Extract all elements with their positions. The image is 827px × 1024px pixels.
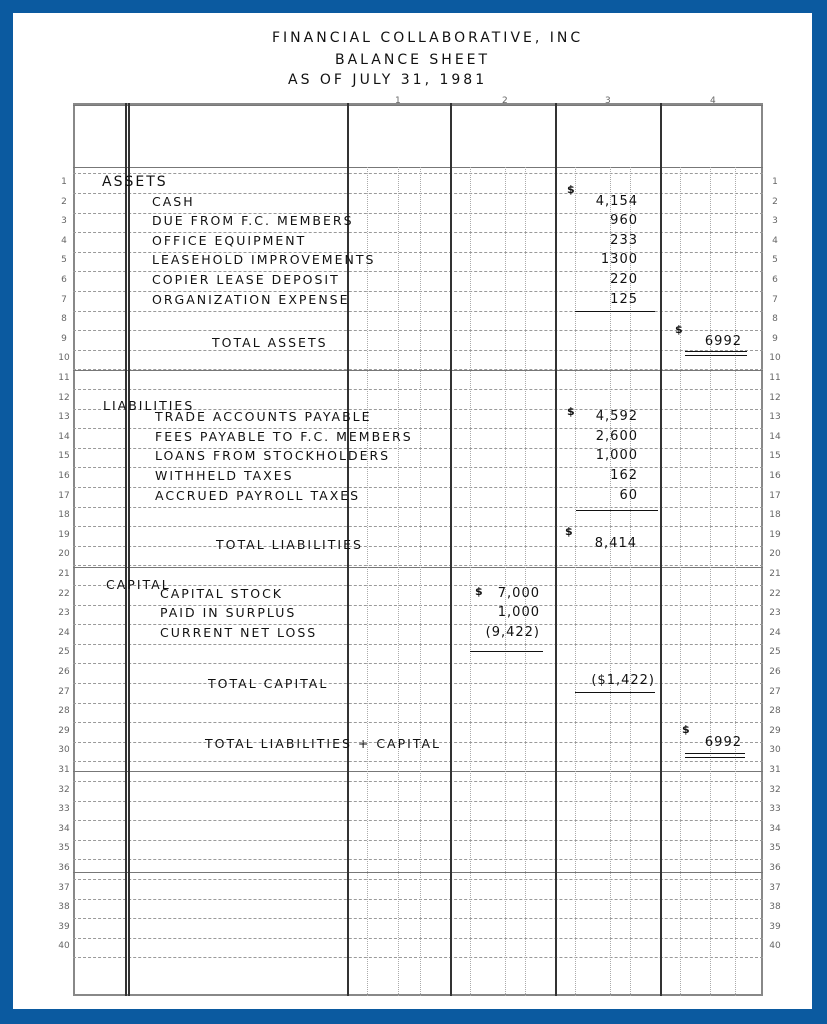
line-number: 15 <box>767 451 783 461</box>
line-item-label: Copier Lease Deposit <box>152 272 340 287</box>
line-number: 15 <box>56 451 72 461</box>
line-number: 34 <box>767 824 783 834</box>
line-number: 29 <box>767 726 783 736</box>
column-rule <box>128 103 130 996</box>
line-number: 18 <box>56 510 72 520</box>
line-number: 27 <box>767 687 783 697</box>
line-number: 24 <box>56 628 72 638</box>
line-item-label: Paid In Surplus <box>160 605 296 620</box>
line-number: 23 <box>56 608 72 618</box>
line-number: 26 <box>56 667 72 677</box>
line-number: 33 <box>56 804 72 814</box>
line-number: 13 <box>767 412 783 422</box>
line-item-label: Organization Expense <box>152 292 350 307</box>
column-rule <box>470 167 471 996</box>
line-number: 20 <box>767 549 783 559</box>
line-number: 8 <box>56 314 72 324</box>
statement-date: As of July 31, 1981 <box>288 72 487 88</box>
line-item-amount: (9,422) <box>470 625 540 640</box>
line-number: 10 <box>767 353 783 363</box>
line-item-label: Fees Payable to F.C. Members <box>155 429 413 444</box>
total-assets-label: Total Assets <box>212 335 328 350</box>
line-number: 4 <box>56 236 72 246</box>
line-item-amount: 220 <box>568 272 638 287</box>
line-item-amount: 4,154 <box>568 194 638 209</box>
line-number: 7 <box>56 295 72 305</box>
line-number: 30 <box>767 745 783 755</box>
line-item-amount: 1,000 <box>568 448 638 463</box>
column-rule <box>525 167 526 996</box>
column-rule <box>125 103 127 996</box>
line-number: 39 <box>56 922 72 932</box>
assets-heading: Assets <box>102 174 168 190</box>
line-number: 28 <box>56 706 72 716</box>
line-number: 7 <box>767 295 783 305</box>
dollar-sign: $ <box>567 183 577 196</box>
column-rule <box>450 103 452 996</box>
line-number: 24 <box>767 628 783 638</box>
total-assets-value: 6992 <box>672 334 742 349</box>
line-number: 16 <box>767 471 783 481</box>
company-name: Financial Collaborative, Inc <box>272 30 583 46</box>
line-number: 2 <box>56 197 72 207</box>
line-number: 37 <box>56 883 72 893</box>
line-number: 29 <box>56 726 72 736</box>
column-rule <box>367 167 368 996</box>
column-rule <box>398 167 399 996</box>
line-number: 6 <box>767 275 783 285</box>
line-number: 40 <box>56 941 72 951</box>
line-number: 19 <box>767 530 783 540</box>
line-number: 3 <box>56 216 72 226</box>
dollar-sign: $ <box>475 585 485 598</box>
line-number: 38 <box>56 902 72 912</box>
line-number: 35 <box>56 843 72 853</box>
underline <box>575 692 655 693</box>
total-liabilities-capital-label: Total Liabilities + Capital <box>205 736 441 751</box>
line-number: 19 <box>56 530 72 540</box>
line-item-label: Leasehold Improvements <box>152 252 375 267</box>
line-number: 12 <box>767 393 783 403</box>
line-number: 14 <box>767 432 783 442</box>
double-underline <box>685 355 747 356</box>
column-rule <box>680 167 681 996</box>
line-number: 39 <box>767 922 783 932</box>
line-number: 37 <box>767 883 783 893</box>
line-number: 31 <box>767 765 783 775</box>
line-number: 36 <box>56 863 72 873</box>
column-rule <box>660 103 662 996</box>
line-number: 25 <box>56 647 72 657</box>
line-number: 33 <box>767 804 783 814</box>
line-number: 21 <box>767 569 783 579</box>
line-item-amount: 960 <box>568 213 638 228</box>
line-number: 14 <box>56 432 72 442</box>
line-number: 10 <box>56 353 72 363</box>
line-number: 27 <box>56 687 72 697</box>
statement-title: Balance Sheet <box>335 52 490 68</box>
double-underline <box>685 757 745 758</box>
line-number: 1 <box>56 177 72 187</box>
line-number: 12 <box>56 393 72 403</box>
line-number: 21 <box>56 569 72 579</box>
total-capital-value: ($1,422) <box>575 673 655 688</box>
line-number: 9 <box>56 334 72 344</box>
line-number: 3 <box>767 216 783 226</box>
line-number: 11 <box>56 373 72 383</box>
underline <box>575 311 655 312</box>
line-item-label: Withheld Taxes <box>155 468 294 483</box>
line-number: 13 <box>56 412 72 422</box>
line-number: 1 <box>767 177 783 187</box>
underline <box>576 510 658 511</box>
line-item-amount: 60 <box>568 488 638 503</box>
underline <box>470 651 543 652</box>
line-number: 4 <box>767 236 783 246</box>
line-item-amount: 162 <box>568 468 638 483</box>
line-number: 40 <box>767 941 783 951</box>
line-number: 6 <box>56 275 72 285</box>
line-number: 5 <box>56 255 72 265</box>
total-capital-label: Total Capital <box>208 676 328 691</box>
line-number: 35 <box>767 843 783 853</box>
line-number: 16 <box>56 471 72 481</box>
line-number: 9 <box>767 334 783 344</box>
line-item-label: Loans From Stockholders <box>155 448 390 463</box>
line-number: 22 <box>56 589 72 599</box>
dollar-sign: $ <box>567 405 577 418</box>
line-number: 20 <box>56 549 72 559</box>
line-item-amount: 4,592 <box>568 409 638 424</box>
line-item-label: Accrued Payroll Taxes <box>155 488 360 503</box>
line-number: 2 <box>767 197 783 207</box>
line-number: 26 <box>767 667 783 677</box>
line-number: 22 <box>767 589 783 599</box>
line-number: 36 <box>767 863 783 873</box>
line-number: 18 <box>767 510 783 520</box>
line-number: 23 <box>767 608 783 618</box>
line-item-amount: 1300 <box>568 252 638 267</box>
total-liabilities-value: 8,414 <box>567 536 637 551</box>
line-number: 30 <box>56 745 72 755</box>
line-number: 25 <box>767 647 783 657</box>
line-item-label: Cash <box>152 194 195 209</box>
line-item-amount: 2,600 <box>568 429 638 444</box>
line-number: 17 <box>56 491 72 501</box>
line-item-amount: 125 <box>568 292 638 307</box>
line-number: 31 <box>56 765 72 775</box>
line-number: 28 <box>767 706 783 716</box>
line-item-label: Office Equipment <box>152 233 306 248</box>
column-rule <box>420 167 421 996</box>
line-item-label: Capital Stock <box>160 586 283 601</box>
line-number: 34 <box>56 824 72 834</box>
line-item-label: Current Net Loss <box>160 625 317 640</box>
total-liabilities-label: Total Liabilities <box>216 537 363 552</box>
line-number: 8 <box>767 314 783 324</box>
line-number: 17 <box>767 491 783 501</box>
column-rule <box>735 167 736 996</box>
line-item-amount: 233 <box>568 233 638 248</box>
column-rule <box>555 103 557 996</box>
line-item-label: Trade Accounts Payable <box>155 409 372 424</box>
column-rule <box>710 167 711 996</box>
column-rule <box>505 167 506 996</box>
line-number: 38 <box>767 902 783 912</box>
line-number: 32 <box>56 785 72 795</box>
line-number: 32 <box>767 785 783 795</box>
total-liabilities-capital-value: 6992 <box>672 735 742 750</box>
line-item-amount: 1,000 <box>470 605 540 620</box>
line-number: 11 <box>767 373 783 383</box>
line-number: 5 <box>767 255 783 265</box>
double-underline <box>685 753 745 754</box>
double-underline <box>685 351 747 352</box>
line-item-label: Due From F.C. Members <box>152 213 354 228</box>
